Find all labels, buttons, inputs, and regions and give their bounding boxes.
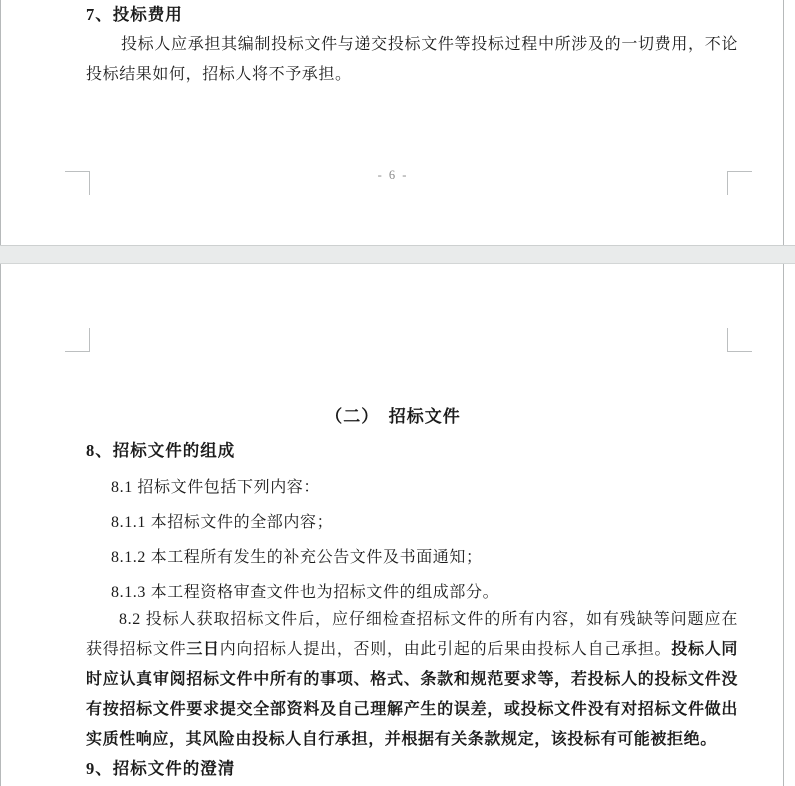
page-number-footer: - 6 -	[1, 168, 785, 183]
section9-heading: 9、招标文件的澄清	[86, 754, 235, 784]
document-view: 7、投标费用 投标人应承担其编制投标文件与递交投标文件等投标过程中所涉及的一切费…	[0, 0, 795, 786]
page-previous: 7、投标费用 投标人应承担其编制投标文件与递交投标文件等投标过程中所涉及的一切费…	[0, 0, 784, 245]
text-boundary-mark-top-right-h	[727, 351, 752, 352]
clause-8-2-paragraph: 8.2 投标人获取招标文件后，应仔细检查招标文件的所有内容，如有残缺等问题应在获…	[86, 605, 738, 755]
clause-8-2-text-bold-1: 三日	[186, 641, 219, 658]
text-boundary-mark-top-left-h	[65, 351, 90, 352]
text-boundary-mark-top-left-v	[89, 328, 90, 352]
section7-paragraph: 投标人应承担其编制投标文件与递交投标文件等投标过程中所涉及的一切费用，不论投标结…	[86, 30, 738, 90]
text-boundary-mark-top-right-v	[727, 328, 728, 352]
section8-item-list: 8.1 招标文件包括下列内容： 8.1.1 本招标文件的全部内容； 8.1.2 …	[86, 470, 499, 610]
page-gap	[0, 245, 795, 264]
section-part2-title: （二） 招标文件	[1, 406, 785, 428]
section7-heading: 7、投标费用	[86, 0, 183, 30]
page-current: （二） 招标文件 8、招标文件的组成 8.1 招标文件包括下列内容： 8.1.1…	[0, 264, 784, 786]
clause-8-2-text-normal-2: 内向招标人提出，否则，由此引起的后果由投标人自己承担。	[220, 641, 671, 658]
list-item-8-1: 8.1 招标文件包括下列内容：	[86, 470, 499, 505]
section8-heading: 8、招标文件的组成	[86, 436, 235, 466]
list-item-8-1-2: 8.1.2 本工程所有发生的补充公告文件及书面通知；	[86, 540, 499, 575]
list-item-8-1-1: 8.1.1 本招标文件的全部内容；	[86, 505, 499, 540]
